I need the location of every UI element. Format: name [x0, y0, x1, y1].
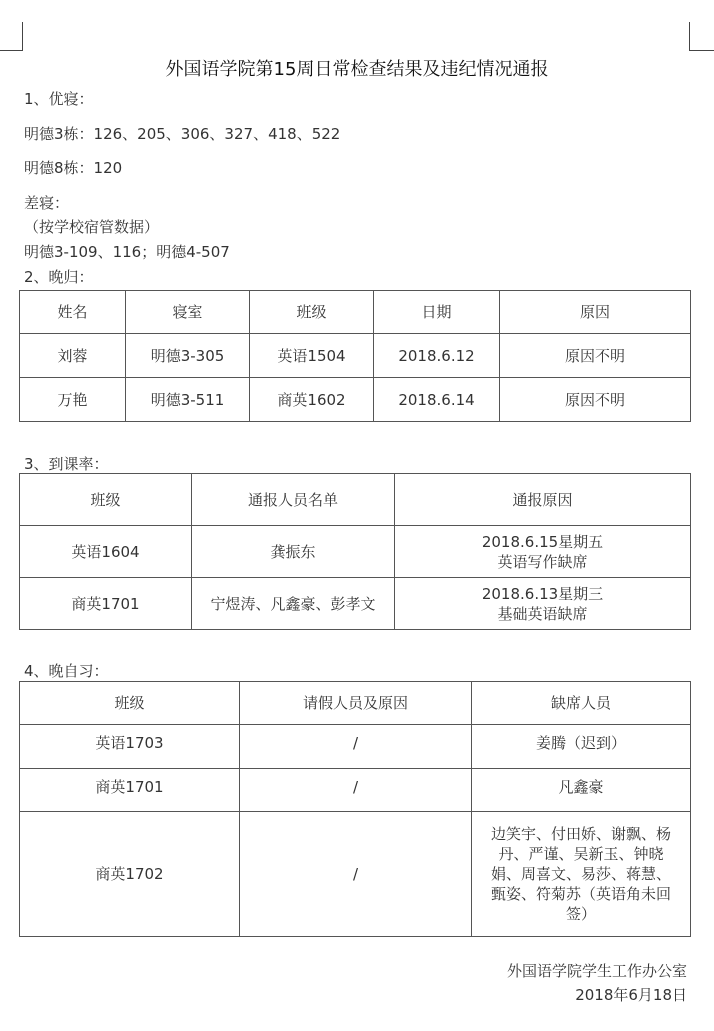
cell-name: 刘蓉 — [20, 334, 126, 378]
attendance-table: 班级 通报人员名单 通报原因 英语1604 龚振东 2018.6.15星期五 英… — [19, 473, 691, 630]
cell-absent: 边笑宇、付田娇、谢飘、杨丹、严谨、吴新玉、钟晓娟、周喜文、易莎、蒋慧、甄姿、符菊… — [472, 812, 691, 937]
footer-office: 外国语学院学生工作办公室 — [507, 960, 687, 981]
cell-reason: 2018.6.15星期五 英语写作缺席 — [395, 526, 691, 578]
column-header: 通报人员名单 — [192, 474, 395, 526]
crop-mark-top-left — [0, 22, 23, 51]
poor-dorms-note: （按学校宿管数据） — [24, 216, 159, 237]
poor-dorms-heading: 差寝： — [24, 192, 69, 213]
excellent-dorms-building8: 明德8栋：120 — [24, 157, 122, 178]
column-header: 缺席人员 — [472, 682, 691, 725]
column-header: 通报原因 — [395, 474, 691, 526]
cell-reason: 2018.6.13星期三 基础英语缺席 — [395, 578, 691, 630]
cell-class: 英语1703 — [20, 725, 240, 769]
cell-class: 商英1602 — [250, 378, 374, 422]
table-row: 英语1703 / 姜腾（迟到） — [20, 725, 691, 769]
reason-date: 2018.6.13星期三 — [395, 584, 690, 604]
table-row: 商英1701 / 凡鑫豪 — [20, 769, 691, 812]
table-row: 商英1702 / 边笑宇、付田娇、谢飘、杨丹、严谨、吴新玉、钟晓娟、周喜文、易莎… — [20, 812, 691, 937]
column-header: 原因 — [500, 291, 691, 334]
cell-class: 英语1504 — [250, 334, 374, 378]
column-header: 班级 — [20, 474, 192, 526]
cell-absent: 姜腾（迟到） — [472, 725, 691, 769]
table-header-row: 班级 请假人员及原因 缺席人员 — [20, 682, 691, 725]
cell-class: 英语1604 — [20, 526, 192, 578]
table-row: 刘蓉 明德3-305 英语1504 2018.6.12 原因不明 — [20, 334, 691, 378]
cell-class: 商英1702 — [20, 812, 240, 937]
crop-mark-top-right — [689, 22, 714, 51]
cell-class: 商英1701 — [20, 578, 192, 630]
cell-date: 2018.6.12 — [374, 334, 500, 378]
table-header-row: 班级 通报人员名单 通报原因 — [20, 474, 691, 526]
cell-leave: / — [240, 769, 472, 812]
column-header: 班级 — [20, 682, 240, 725]
column-header: 班级 — [250, 291, 374, 334]
table-row: 英语1604 龚振东 2018.6.15星期五 英语写作缺席 — [20, 526, 691, 578]
table-header-row: 姓名 寝室 班级 日期 原因 — [20, 291, 691, 334]
section4-heading: 4、晚自习： — [24, 660, 109, 681]
column-header: 请假人员及原因 — [240, 682, 472, 725]
reason-detail: 基础英语缺席 — [395, 604, 690, 624]
cell-dorm: 明德3-305 — [126, 334, 250, 378]
table-row: 商英1701 宁煜涛、凡鑫豪、彭孝文 2018.6.13星期三 基础英语缺席 — [20, 578, 691, 630]
cell-class: 商英1701 — [20, 769, 240, 812]
cell-names: 宁煜涛、凡鑫豪、彭孝文 — [192, 578, 395, 630]
cell-reason: 原因不明 — [500, 334, 691, 378]
cell-date: 2018.6.14 — [374, 378, 500, 422]
cell-name: 万艳 — [20, 378, 126, 422]
cell-dorm: 明德3-511 — [126, 378, 250, 422]
reason-detail: 英语写作缺席 — [395, 552, 690, 572]
evening-study-table: 班级 请假人员及原因 缺席人员 英语1703 / 姜腾（迟到） 商英1701 /… — [19, 681, 691, 937]
excellent-dorms-building3: 明德3栋：126、205、306、327、418、522 — [24, 123, 340, 144]
section1-heading: 1、优寝： — [24, 88, 94, 109]
reason-date: 2018.6.15星期五 — [395, 532, 690, 552]
cell-leave: / — [240, 812, 472, 937]
cell-leave: / — [240, 725, 472, 769]
table-row: 万艳 明德3-511 商英1602 2018.6.14 原因不明 — [20, 378, 691, 422]
column-header: 姓名 — [20, 291, 126, 334]
cell-names: 龚振东 — [192, 526, 395, 578]
column-header: 日期 — [374, 291, 500, 334]
late-return-table: 姓名 寝室 班级 日期 原因 刘蓉 明德3-305 英语1504 2018.6.… — [19, 290, 691, 422]
cell-reason: 原因不明 — [500, 378, 691, 422]
document-title: 外国语学院第15周日常检查结果及违纪情况通报 — [0, 55, 714, 81]
section3-heading: 3、到课率： — [24, 453, 109, 474]
footer-date: 2018年6月18日 — [575, 984, 687, 1005]
cell-absent: 凡鑫豪 — [472, 769, 691, 812]
section2-heading: 2、晚归： — [24, 266, 94, 287]
column-header: 寝室 — [126, 291, 250, 334]
poor-dorms-list: 明德3-109、116；明德4-507 — [24, 241, 230, 262]
